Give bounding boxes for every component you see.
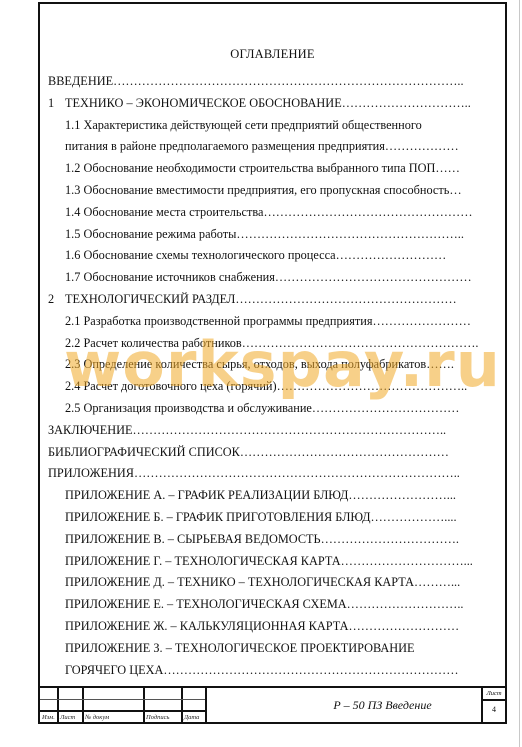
- toc-entry-text: 1.2 Обоснование необходимости строительс…: [65, 161, 460, 175]
- toc-entry-text: ТЕХНОЛОГИЧЕСКИЙ РАЗДЕЛ………………………………………………: [65, 292, 457, 306]
- toc-entry-text: 1.6 Обоснование схемы технологического п…: [65, 248, 446, 262]
- toc-entry: ВВЕДЕНИЕ…………………………………………………………………………..: [48, 71, 478, 93]
- toc-entry-text: ГОРЯЧЕГО ЦЕХА………………………………………………………………: [65, 663, 459, 677]
- page-edge: [519, 0, 520, 747]
- stamp-label-izm: Изм.: [42, 714, 55, 721]
- toc-entry: ПРИЛОЖЕНИЕ Ж. – КАЛЬКУЛЯЦИОННАЯ КАРТА…………: [48, 616, 478, 638]
- toc-entry: 1.6 Обоснование схемы технологического п…: [48, 245, 478, 267]
- toc-entry-text: 1.4 Обоснование места строительства………………: [65, 205, 473, 219]
- toc-entry-text: 2.1 Разработка производственной программ…: [65, 314, 471, 328]
- toc-entry: ПРИЛОЖЕНИЕ А. – ГРАФИК РЕАЛИЗАЦИИ БЛЮД………: [48, 485, 478, 507]
- toc-entry: ПРИЛОЖЕНИЕ Г. – ТЕХНОЛОГИЧЕСКАЯ КАРТА…………: [48, 551, 478, 573]
- toc-entry-text: 1.1 Характеристика действующей сети пред…: [65, 118, 422, 132]
- stamp-label-date: Дата: [184, 714, 199, 721]
- toc-entry-text: ТЕХНИКО – ЭКОНОМИЧЕСКОЕ ОБОСНОВАНИЕ………………: [65, 96, 471, 110]
- toc-entry-text: 2.2 Расчет количества работников………………………: [65, 336, 478, 350]
- drawing-frame: ОГЛАВЛЕНИЕ ВВЕДЕНИЕ…………………………………………………………: [38, 2, 507, 724]
- toc-entry-text: 1.7 Обоснование источников снабжения……………: [65, 270, 472, 284]
- table-of-contents: ВВЕДЕНИЕ…………………………………………………………………………..1Т…: [48, 71, 478, 681]
- stamp-label-list: Лист: [60, 714, 75, 721]
- toc-entry: ПРИЛОЖЕНИЕ Д. – ТЕХНИКО – ТЕХНОЛОГИЧЕСКА…: [48, 572, 478, 594]
- toc-entry: ПРИЛОЖЕНИЕ В. – СЫРЬЕВАЯ ВЕДОМОСТЬ…………………: [48, 529, 478, 551]
- toc-entry-text: 1.3 Обоснование вместимости предприятия,…: [65, 183, 462, 197]
- toc-entry-text: ПРИЛОЖЕНИЕ Ж. – КАЛЬКУЛЯЦИОННАЯ КАРТА…………: [65, 619, 459, 633]
- toc-entry-text: ПРИЛОЖЕНИЕ А. – ГРАФИК РЕАЛИЗАЦИИ БЛЮД………: [65, 488, 456, 502]
- toc-entry-number: 1: [48, 93, 65, 115]
- toc-entry: ПРИЛОЖЕНИЕ З. – ТЕХНОЛОГИЧЕСКОЕ ПРОЕКТИР…: [48, 638, 478, 660]
- sheet-label: Лист: [483, 690, 505, 697]
- stamp-label-signature: Подпись: [146, 714, 170, 721]
- toc-title: ОГЛАВЛЕНИЕ: [40, 47, 505, 62]
- toc-entry: питания в районе предполагаемого размеще…: [48, 136, 478, 158]
- toc-entry: 1.7 Обоснование источников снабжения……………: [48, 267, 478, 289]
- toc-entry-text: 2.4 Расчет доготовочного цеха (горячий)……: [65, 379, 467, 393]
- toc-entry-text: ПРИЛОЖЕНИЕ З. – ТЕХНОЛОГИЧЕСКОЕ ПРОЕКТИР…: [65, 641, 415, 655]
- toc-entry: 2.2 Расчет количества работников………………………: [48, 333, 478, 355]
- toc-entry: ЗАКЛЮЧЕНИЕ…………………………………………………………………..: [48, 420, 478, 442]
- toc-entry: 1.3 Обоснование вместимости предприятия,…: [48, 180, 478, 202]
- toc-entry: ПРИЛОЖЕНИЕ Е. – ТЕХНОЛОГИЧЕСКАЯ СХЕМА…………: [48, 594, 478, 616]
- toc-entry-text: ПРИЛОЖЕНИЕ Б. – ГРАФИК ПРИГОТОВЛЕНИЯ БЛЮ…: [65, 510, 457, 524]
- toc-entry: 1ТЕХНИКО – ЭКОНОМИЧЕСКОЕ ОБОСНОВАНИЕ……………: [48, 93, 478, 115]
- toc-entry: ПРИЛОЖЕНИЯ……………………………………………………………………..: [48, 463, 478, 485]
- sheet-number: 4: [483, 705, 505, 714]
- toc-entry-text: ПРИЛОЖЕНИЕ Д. – ТЕХНИКО – ТЕХНОЛОГИЧЕСКА…: [65, 575, 460, 589]
- toc-entry-text: ПРИЛОЖЕНИЕ Е. – ТЕХНОЛОГИЧЕСКАЯ СХЕМА…………: [65, 597, 464, 611]
- toc-entry-text: БИБЛИОГРАФИЧЕСКИЙ СПИСОК……………………………………………: [48, 445, 449, 459]
- toc-entry: 1.4 Обоснование места строительства………………: [48, 202, 478, 224]
- toc-entry-text: ПРИЛОЖЕНИЕ Г. – ТЕХНОЛОГИЧЕСКАЯ КАРТА…………: [65, 554, 473, 568]
- toc-entry: 2ТЕХНОЛОГИЧЕСКИЙ РАЗДЕЛ………………………………………………: [48, 289, 478, 311]
- stamp-label-doc: № докум: [85, 714, 109, 721]
- toc-entry: 1.2 Обоснование необходимости строительс…: [48, 158, 478, 180]
- toc-entry-text: 2.3 Определение количества сырья, отходо…: [65, 357, 454, 371]
- toc-entry: 2.4 Расчет доготовочного цеха (горячий)……: [48, 376, 478, 398]
- toc-entry-text: ПРИЛОЖЕНИЕ В. – СЫРЬЕВАЯ ВЕДОМОСТЬ…………………: [65, 532, 459, 546]
- toc-entry: БИБЛИОГРАФИЧЕСКИЙ СПИСОК……………………………………………: [48, 442, 478, 464]
- toc-entry: 1.5 Обоснование режима работы………………………………: [48, 224, 478, 246]
- toc-entry-text: ВВЕДЕНИЕ…………………………………………………………………………..: [48, 74, 464, 88]
- toc-entry-text: ПРИЛОЖЕНИЯ……………………………………………………………………..: [48, 466, 460, 480]
- toc-entry-text: 1.5 Обоснование режима работы………………………………: [65, 227, 464, 241]
- toc-entry-text: ЗАКЛЮЧЕНИЕ…………………………………………………………………..: [48, 423, 446, 437]
- toc-entry-text: 2.5 Организация производства и обслужива…: [65, 401, 459, 415]
- title-block: Изм. Лист № докум Подпись Дата Р – 50 ПЗ…: [38, 686, 507, 724]
- toc-entry: 1.1 Характеристика действующей сети пред…: [48, 115, 478, 137]
- document-code: Р – 50 ПЗ Введение: [245, 688, 520, 722]
- toc-entry-text: питания в районе предполагаемого размеще…: [65, 139, 459, 153]
- toc-entry: ПРИЛОЖЕНИЕ Б. – ГРАФИК ПРИГОТОВЛЕНИЯ БЛЮ…: [48, 507, 478, 529]
- toc-entry: 2.3 Определение количества сырья, отходо…: [48, 354, 478, 376]
- toc-entry: ГОРЯЧЕГО ЦЕХА………………………………………………………………: [48, 660, 478, 682]
- toc-entry: 2.1 Разработка производственной программ…: [48, 311, 478, 333]
- toc-entry-number: 2: [48, 289, 65, 311]
- toc-entry: 2.5 Организация производства и обслужива…: [48, 398, 478, 420]
